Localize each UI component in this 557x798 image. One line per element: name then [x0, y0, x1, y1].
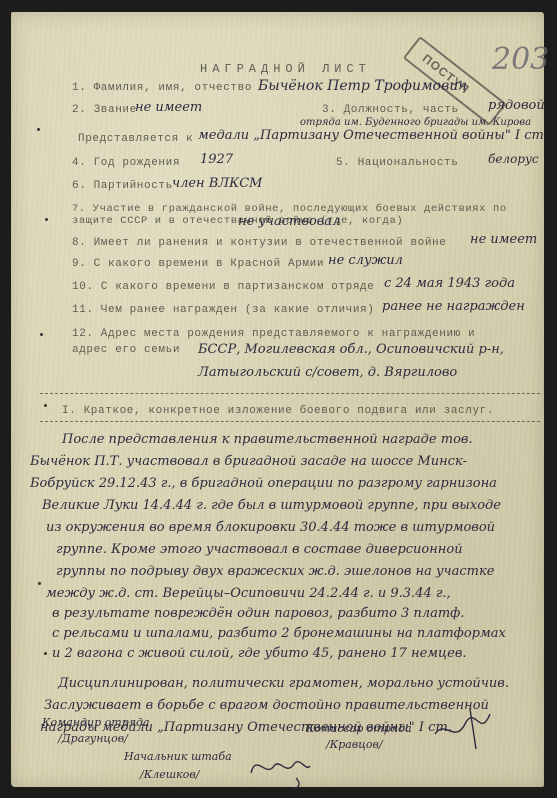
margin-mark [38, 582, 41, 585]
field-6-label: 6. Партийность [72, 180, 173, 192]
field-10-label: 10. С какого времени в партизанском отря… [72, 281, 374, 293]
commissar-signature-icon [430, 704, 500, 754]
presented-for-value: медали „Партизану Отечественной войны" I… [198, 128, 548, 143]
margin-mark [45, 218, 48, 221]
section-heading: I. Краткое, конкретное изложение боевого… [62, 405, 494, 417]
margin-mark [40, 333, 43, 336]
field-8-label: 8. Имеет ли ранения и контузии в отечест… [72, 237, 446, 249]
field-3-unit: отряда им. Буденного бригады им. Кирова [300, 117, 531, 128]
sheet-number: 203 [492, 42, 549, 77]
chief-of-staff-title: Начальник штаба [124, 750, 232, 763]
document-title: НАГРАДНОЙ ЛИСТ [200, 62, 371, 76]
field-7-value: не участвовал [238, 214, 340, 229]
field-3-value: рядовой [488, 98, 545, 113]
narrative-line: из окружения во время блокировки 30.4.44… [46, 520, 495, 535]
field-1-value: Бычёнок Петр Трофимович [258, 78, 467, 94]
field-12-value-line2: Латыгольский с/совет, д. Вяргилово [198, 365, 457, 380]
conclusion-line: Заслуживает в борьбе с врагом достойно п… [44, 698, 489, 713]
presented-for-label: Представляется к [78, 133, 193, 145]
field-10-value: с 24 мая 1943 года [384, 276, 515, 291]
field-4-value: 1927 [200, 152, 233, 167]
conclusion-line: Дисциплинирован, политически грамотен, м… [58, 676, 509, 691]
field-1-label: 1. Фамилия, имя, отчество [72, 82, 252, 94]
field-12-value-line1: БССР, Могилевская обл., Осиповичский р-н… [198, 342, 504, 357]
field-2-label: 2. Звание [72, 104, 137, 116]
field-6-value: член ВЛКСМ [172, 176, 262, 191]
chief-of-staff-signature-icon [246, 748, 316, 793]
field-5-value: белорус [488, 152, 539, 166]
field-11-value: ранее не награжден [382, 299, 525, 314]
narrative-line: Бычёнок П.Т. участвовал в бригадной заса… [30, 454, 467, 469]
field-9-label: 9. С какого времени в Красной Армии [72, 258, 324, 270]
margin-mark [44, 652, 47, 655]
chief-of-staff-name: /Клешков/ [140, 768, 199, 781]
narrative-line: Бобруйск 29.12.43 г., в бригадной операц… [30, 476, 497, 491]
commander-name: /Драгунцов/ [58, 732, 128, 745]
separator-top [40, 393, 540, 394]
field-2-value: не имеет [135, 100, 202, 115]
commissar-title: Комиссар отряда [306, 722, 412, 735]
narrative-line: и 2 вагона с живой силой, где убито 45, … [52, 646, 467, 661]
field-3-label: 3. Должность, часть [322, 104, 459, 116]
narrative-line: с рельсами и шпалами, разбито 2 бронемаш… [52, 626, 506, 641]
separator-bottom [40, 421, 540, 422]
narrative-line: между ж.д. ст. Верейцы–Осиповичи 24.2.44… [46, 586, 451, 601]
commander-title: Командир отряда [42, 716, 150, 729]
field-4-label: 4. Год рождения [72, 157, 180, 169]
margin-mark [44, 404, 47, 407]
commissar-name: /Кравцов/ [326, 738, 383, 751]
narrative-line: группы по подрыву двух вражеских ж.д. эш… [56, 564, 494, 579]
narrative-line: группе. Кроме этого участвовал в составе… [56, 542, 463, 557]
margin-mark [37, 128, 40, 131]
field-5-label: 5. Национальность [336, 157, 458, 169]
field-8-value: не имеет [470, 232, 537, 247]
narrative-line: в результате повреждён один паровоз, раз… [52, 606, 464, 621]
field-11-label: 11. Чем ранее награжден (за какие отличи… [72, 304, 374, 316]
narrative-line: Великие Луки 14.4.44 г. где был в штурмо… [42, 498, 501, 513]
narrative-line: После представления к правительственной … [62, 432, 473, 447]
field-9-value: не служил [328, 253, 403, 268]
